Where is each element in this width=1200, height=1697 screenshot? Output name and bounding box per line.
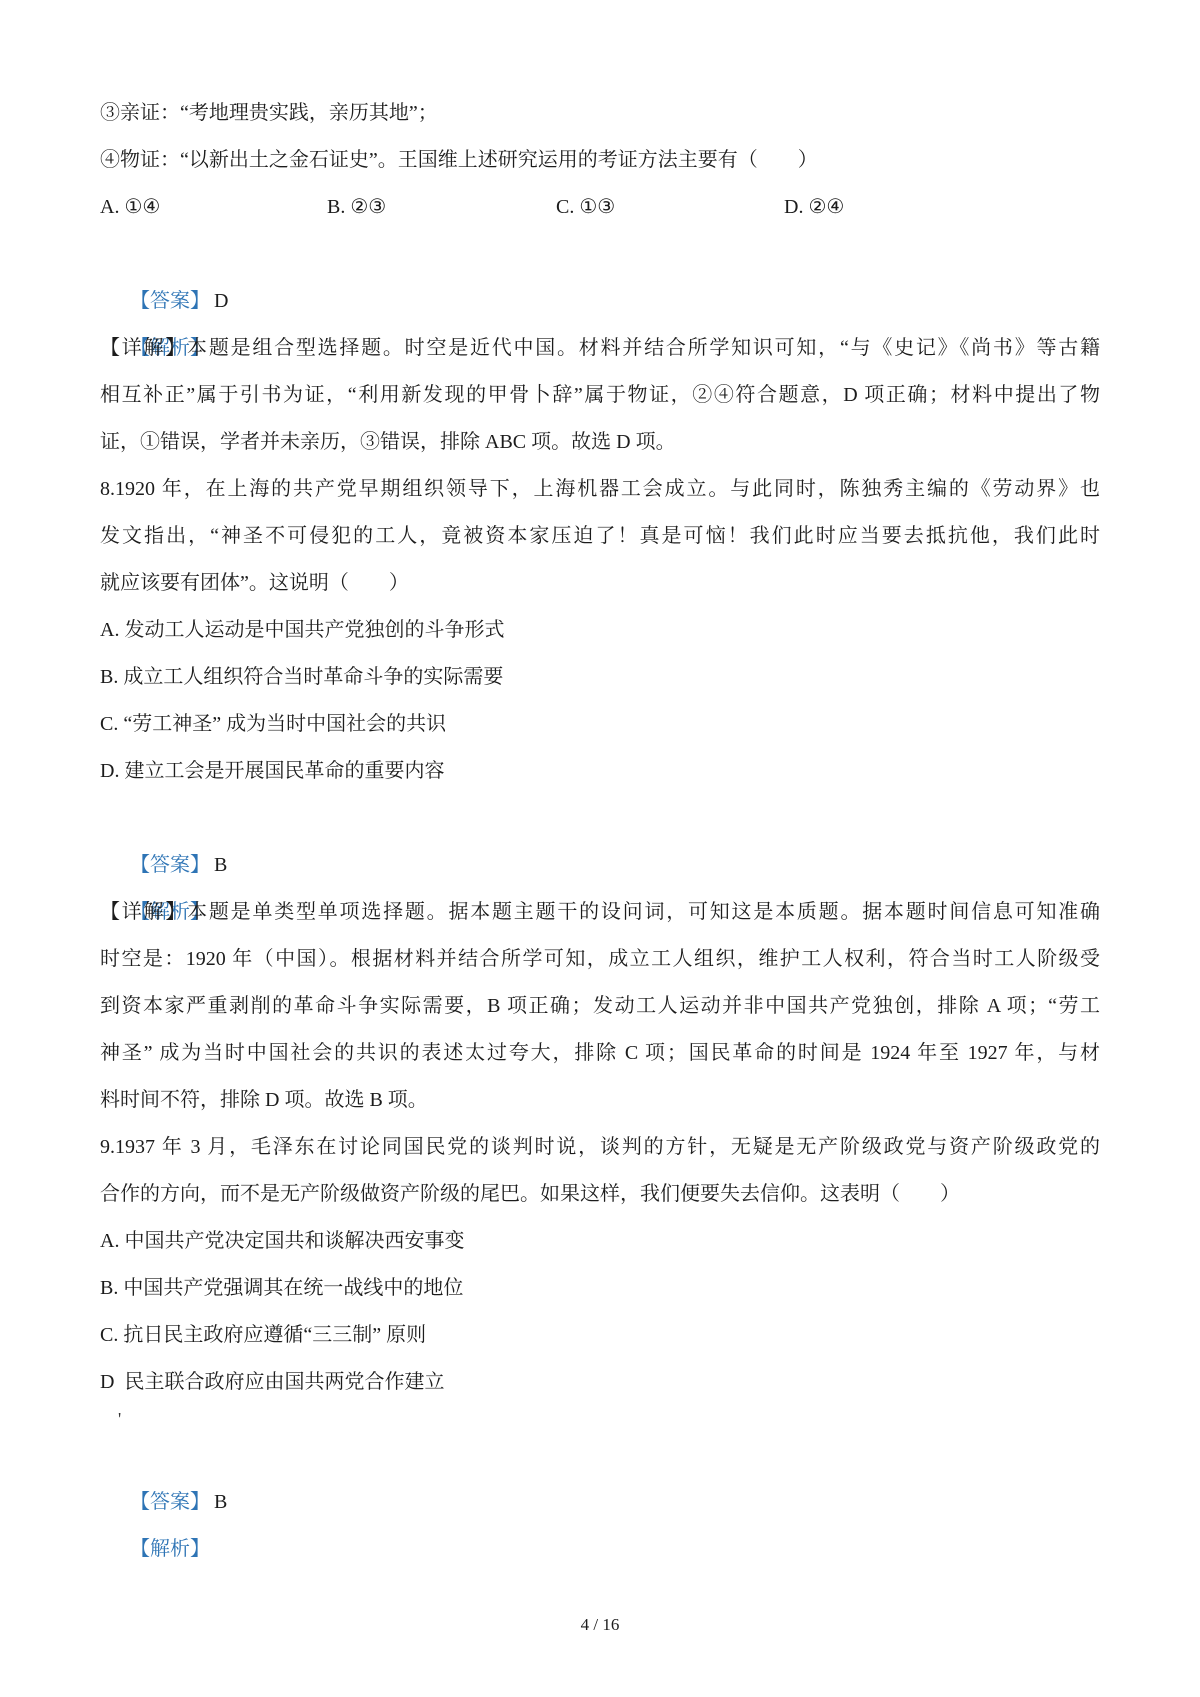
page-body: ③亲证：“考地理贵实践，亲历其地”； ④物证：“以新出土之金石证史”。王国维上述…	[100, 90, 1100, 1526]
q9-analysis-label: 【解析】	[130, 1538, 210, 1560]
q7-item4: ④物证：“以新出土之金石证史”。王国维上述研究运用的考证方法主要有（ ）	[100, 137, 1100, 184]
q9-analysis-line: 【解析】	[100, 1479, 1100, 1526]
q9-stray-mark: '	[100, 1406, 1100, 1432]
q9-option-a: A. 中国共产党决定国共和谈解决西安事变	[100, 1218, 1100, 1265]
q9-answer-label: 【答案】	[130, 1491, 210, 1513]
q7-option-d: D. ②④	[784, 184, 1100, 231]
q8-option-d: D. 建立工会是开展国民革命的重要内容	[100, 748, 1100, 795]
document-page: ③亲证：“考地理贵实践，亲历其地”； ④物证：“以新出土之金石证史”。王国维上述…	[0, 0, 1200, 1697]
q8-option-b: B. 成立工人组织符合当时革命斗争的实际需要	[100, 654, 1100, 701]
q7-detail-1: 【详解】本题是组合型选择题。时空是近代中国。材料并结合所学知识可知，“与《史记》…	[100, 325, 1100, 372]
q8-detail-1: 【详解】本题是单类型单项选择题。据本题主题干的设问词，可知这是本质题。据本题时间…	[100, 889, 1100, 936]
q8-detail-4: 神圣” 成为当时中国社会的共识的表述太过夸大，排除 C 项；国民革命的时间是 1…	[100, 1030, 1100, 1077]
q8-detail-2: 时空是：1920 年（中国）。根据材料并结合所学可知，成立工人组织，维护工人权利…	[100, 936, 1100, 983]
q8-analysis-line: 【解析】	[100, 842, 1100, 889]
q7-answer-label: 【答案】	[130, 290, 210, 312]
q8-detail-3: 到资本家严重剥削的革命斗争实际需要，B 项正确；发动工人运动并非中国共产党独创，…	[100, 983, 1100, 1030]
q8-answer-value: B	[214, 854, 227, 876]
q8-stem-3: 就应该要有团体”。这说明（ ）	[100, 560, 1100, 607]
q8-answer-label: 【答案】	[130, 854, 210, 876]
page-footer: 4 / 16	[0, 1608, 1200, 1642]
q8-detail-5: 料时间不符，排除 D 项。故选 B 项。	[100, 1077, 1100, 1124]
q8-stem-1: 8.1920 年，在上海的共产党早期组织领导下，上海机器工会成立。与此同时，陈独…	[100, 466, 1100, 513]
q9-option-d: D 民主联合政府应由国共两党合作建立	[100, 1359, 1100, 1406]
q7-item3: ③亲证：“考地理贵实践，亲历其地”；	[100, 90, 1100, 137]
q9-stem-1: 9.1937 年 3 月，毛泽东在讨论同国民党的谈判时说，谈判的方针，无疑是无产…	[100, 1124, 1100, 1171]
q7-option-a: A. ①④	[100, 184, 327, 231]
q8-stem-2: 发文指出，“神圣不可侵犯的工人，竟被资本家压迫了！真是可恼！我们此时应当要去抵抗…	[100, 513, 1100, 560]
q7-options-row: A. ①④ B. ②③ C. ①③ D. ②④	[100, 184, 1100, 231]
q7-detail-3: 证，①错误，学者并未亲历，③错误，排除 ABC 项。故选 D 项。	[100, 419, 1100, 466]
q7-answer-line: 【答案】D	[100, 231, 1100, 278]
q8-option-a: A. 发动工人运动是中国共产党独创的斗争形式	[100, 607, 1100, 654]
q9-option-c: C. 抗日民主政府应遵循“三三制” 原则	[100, 1312, 1100, 1359]
q9-answer-line: 【答案】B	[100, 1432, 1100, 1479]
q9-answer-value: B	[214, 1491, 227, 1513]
q7-option-b: B. ②③	[327, 184, 556, 231]
q7-analysis-line: 【解析】	[100, 278, 1100, 325]
q7-answer-value: D	[214, 290, 228, 312]
q7-detail-2: 相互补正”属于引书为证，“利用新发现的甲骨卜辞”属于物证，②④符合题意，D 项正…	[100, 372, 1100, 419]
q8-option-c: C. “劳工神圣” 成为当时中国社会的共识	[100, 701, 1100, 748]
q9-option-b: B. 中国共产党强调其在统一战线中的地位	[100, 1265, 1100, 1312]
q7-option-c: C. ①③	[556, 184, 784, 231]
q9-stem-2: 合作的方向，而不是无产阶级做资产阶级的尾巴。如果这样，我们便要失去信仰。这表明（…	[100, 1171, 1100, 1218]
q8-answer-line: 【答案】B	[100, 795, 1100, 842]
